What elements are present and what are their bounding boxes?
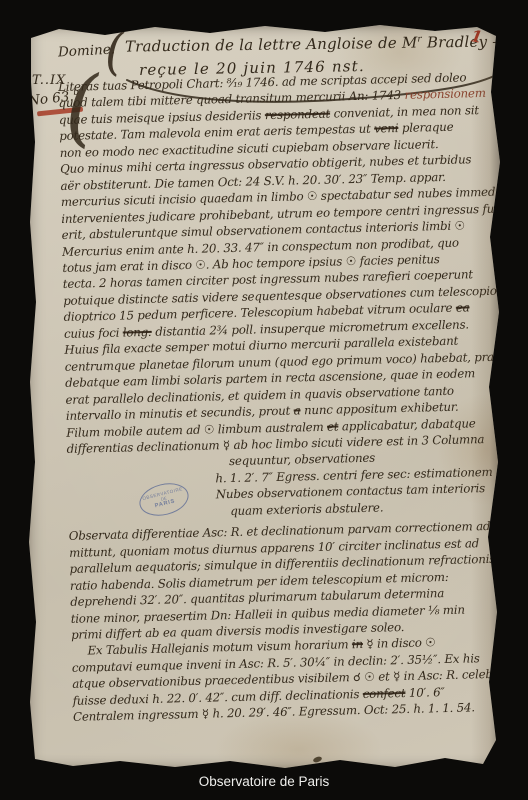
photo-background: Domine. ( Traduction de la lettre Angloi… bbox=[0, 0, 528, 800]
manuscript-body: Literas tuas Petropoli Chart: ⁸⁄₁₉ 1746.… bbox=[58, 69, 517, 726]
header-title: Traduction de la lettre Angloise de Mr B… bbox=[125, 32, 508, 55]
manuscript-page: Domine. ( Traduction de la lettre Angloi… bbox=[25, 22, 505, 772]
paper-stain bbox=[312, 756, 322, 764]
stamp-text-bottom: PARIS bbox=[154, 498, 176, 510]
image-caption: Observatoire de Paris bbox=[0, 774, 528, 789]
